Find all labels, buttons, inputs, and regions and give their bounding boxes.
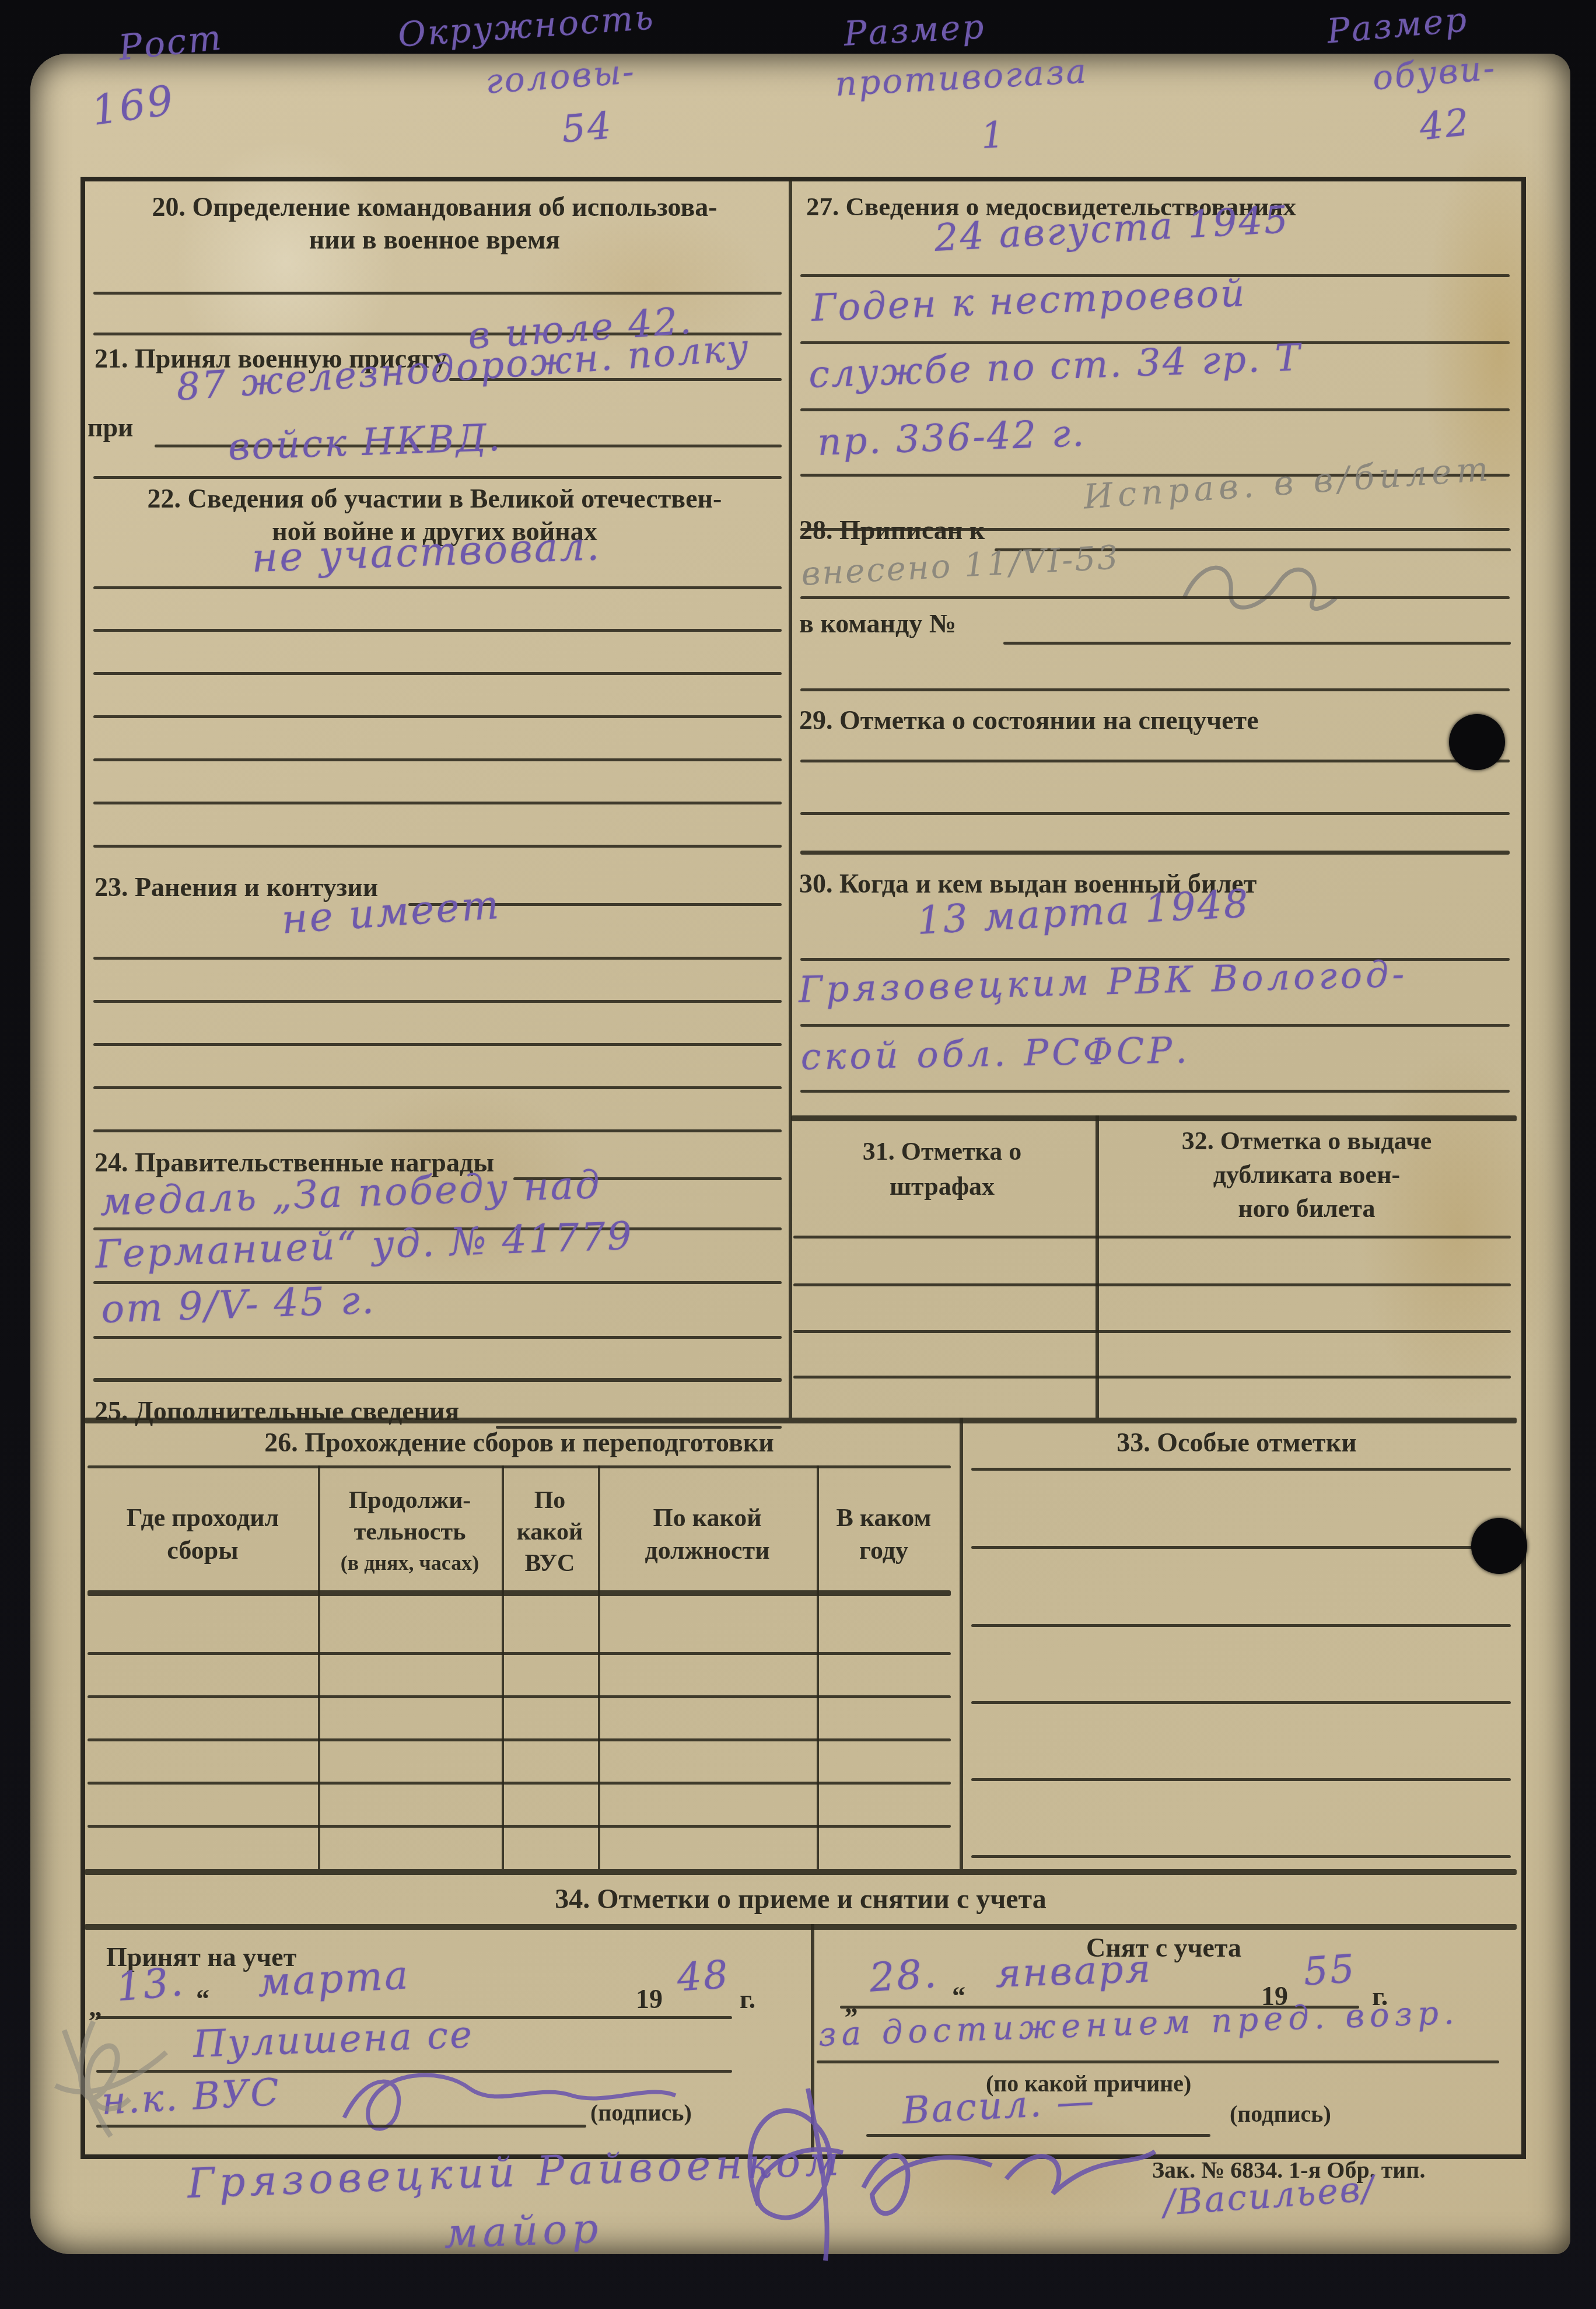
punch-hole (1471, 1518, 1527, 1574)
section-34-title: 34. Отметки о приеме и снятии с учета (85, 1883, 1517, 1915)
ruled-line (971, 1468, 1511, 1471)
accept-year: 48 (675, 1952, 731, 2000)
table-column-divider (817, 1465, 819, 1869)
ruled-line (93, 715, 782, 718)
accept-year-prefix: 19 (636, 1983, 663, 2014)
section-20-title-line1: 20. Определение командования об использо… (87, 191, 782, 222)
ruled-line (87, 1465, 951, 1468)
ruled-line (800, 851, 1510, 855)
annotation-gasmask-label-1: Размер (843, 6, 986, 54)
column-divider (789, 177, 792, 1418)
ruled-line (800, 408, 1510, 411)
table-26-col2-header-line1: Продолжи- (318, 1486, 502, 1514)
section-31-title-line2: штрафах (793, 1171, 1091, 1201)
section-33-left-border (960, 1418, 963, 1869)
ruled-line (93, 802, 782, 804)
scanned-document: Рост 169 Окружность головы- 54 Размер пр… (0, 0, 1596, 2309)
punch-hole (1449, 714, 1505, 770)
annotation-shoes-value: 42 (1417, 101, 1473, 149)
accept-close-quote: “ (196, 1983, 209, 2014)
ruled-line (93, 672, 782, 675)
remove-month: января (995, 1946, 1153, 1996)
ruled-line (93, 476, 782, 479)
column-divider-31-32 (1095, 1115, 1099, 1418)
ruled-line (93, 629, 782, 632)
annotation-head-value: 54 (560, 104, 615, 151)
ruled-line (93, 586, 782, 589)
ruled-line (93, 758, 782, 761)
table-row-line (87, 1782, 951, 1785)
annotation-shoes-label-1: Размер (1325, 0, 1470, 51)
section-20-title-line2: нии в военное время (87, 224, 782, 255)
ruled-line (800, 596, 1510, 599)
table-26-col5-header-line2: году (817, 1535, 951, 1565)
accept-sign-caption: (подпись) (590, 2099, 692, 2126)
accept-signature-squiggle (327, 2048, 688, 2147)
section-29-title: 29. Отметка о состоянии на спецучете (799, 705, 1259, 736)
table-row-line (87, 1695, 951, 1698)
section-33-title: 33. Особые отметки (960, 1427, 1514, 1458)
section-21-at-label: при (87, 412, 134, 443)
ruled-line (93, 1336, 782, 1339)
table-26-col2-header-line3: (в днях, часах) (318, 1551, 502, 1575)
table-top-border (85, 1418, 1517, 1423)
ruled-line (93, 1000, 782, 1003)
ruled-line (800, 688, 1510, 691)
table-header-bottom-border (87, 1590, 951, 1596)
ruled-line (93, 1043, 782, 1046)
table-26-col1-header-line2: сборы (87, 1535, 318, 1565)
table-row-line (87, 1652, 951, 1655)
annotation-head-label-1: Окружность (397, 0, 656, 55)
ruled-line (93, 1086, 782, 1089)
table-26-col5-header-line1: В каком (817, 1503, 951, 1533)
section-28-label: 28. Приписан к (799, 515, 985, 545)
ruled-line (93, 1378, 782, 1382)
section-divider (791, 1115, 1517, 1121)
table-26-col3-header-line2: какой (502, 1518, 598, 1546)
section-31-title-line1: 31. Отметка о (793, 1136, 1091, 1166)
annotation-gasmask-value: 1 (980, 113, 1007, 157)
table-26-col4-header-line2: должности (598, 1535, 817, 1565)
pencil-signature-squiggle (1172, 543, 1347, 630)
ruled-line (793, 1236, 1511, 1239)
accept-month: марта (257, 1952, 411, 2006)
ruled-line (971, 1624, 1511, 1627)
section-32-title-line2: дубликата воен- (1102, 1160, 1511, 1190)
footer-commissar-line2: майор (443, 2205, 604, 2258)
table-column-divider (598, 1465, 600, 1869)
remove-day: 28. (868, 1951, 939, 2002)
section-32-title-line1: 32. Отметка о выдаче (1102, 1126, 1511, 1156)
table-26-col2-header-line2: тельность (318, 1518, 502, 1546)
ruled-line (817, 2060, 1499, 2063)
ruled-line (971, 1701, 1511, 1704)
ruled-line (971, 1855, 1511, 1858)
section-34-header-underline (85, 1924, 1517, 1930)
ruled-line (971, 1778, 1511, 1781)
ruled-line (800, 1090, 1510, 1093)
ruled-line (793, 1330, 1511, 1333)
remove-sign-caption: (подпись) (1230, 2100, 1331, 2128)
table-row-line (87, 1825, 951, 1828)
table-26-col1-header-line1: Где проходил (87, 1503, 318, 1533)
section-30-line3: ской обл. РСФСР. (800, 1028, 1191, 1078)
ruled-line (793, 1283, 1511, 1286)
table-26-col4-header-line1: По какой (598, 1503, 817, 1533)
section-22-title-line1: 22. Сведения об участии в Великой отечес… (87, 483, 782, 514)
accept-day: 13. (114, 1959, 187, 2011)
pencil-corner-scribble (23, 2007, 187, 2141)
section-34-top-border (85, 1869, 1517, 1875)
section-26-title: 26. Прохождение сборов и переподготовки (87, 1427, 951, 1458)
ruled-line (793, 1376, 1511, 1379)
ruled-line (800, 1024, 1510, 1027)
section-24-award-line3: от 9/V- 45 г. (100, 1278, 376, 1332)
ruled-line (800, 760, 1510, 762)
ruled-line (93, 957, 782, 960)
accept-year-suffix: г. (740, 1983, 755, 2014)
table-26-col3-header-line3: ВУС (502, 1549, 598, 1577)
ruled-line (971, 1546, 1511, 1549)
remove-year: 55 (1302, 1946, 1357, 1995)
ruled-line (1003, 642, 1511, 645)
footer-signature-scribble (688, 2065, 1213, 2263)
section-32-title-line3: ного билета (1102, 1194, 1511, 1223)
table-row-line (87, 1738, 951, 1741)
ruled-line (93, 292, 782, 295)
ruled-line (93, 1129, 782, 1132)
table-column-divider (502, 1465, 504, 1869)
ruled-line (93, 845, 782, 848)
table-26-col3-header-line1: По (502, 1486, 598, 1514)
ruled-line (800, 812, 1510, 815)
section-28-team-label: в команду № (799, 608, 956, 639)
table-column-divider (318, 1465, 320, 1869)
